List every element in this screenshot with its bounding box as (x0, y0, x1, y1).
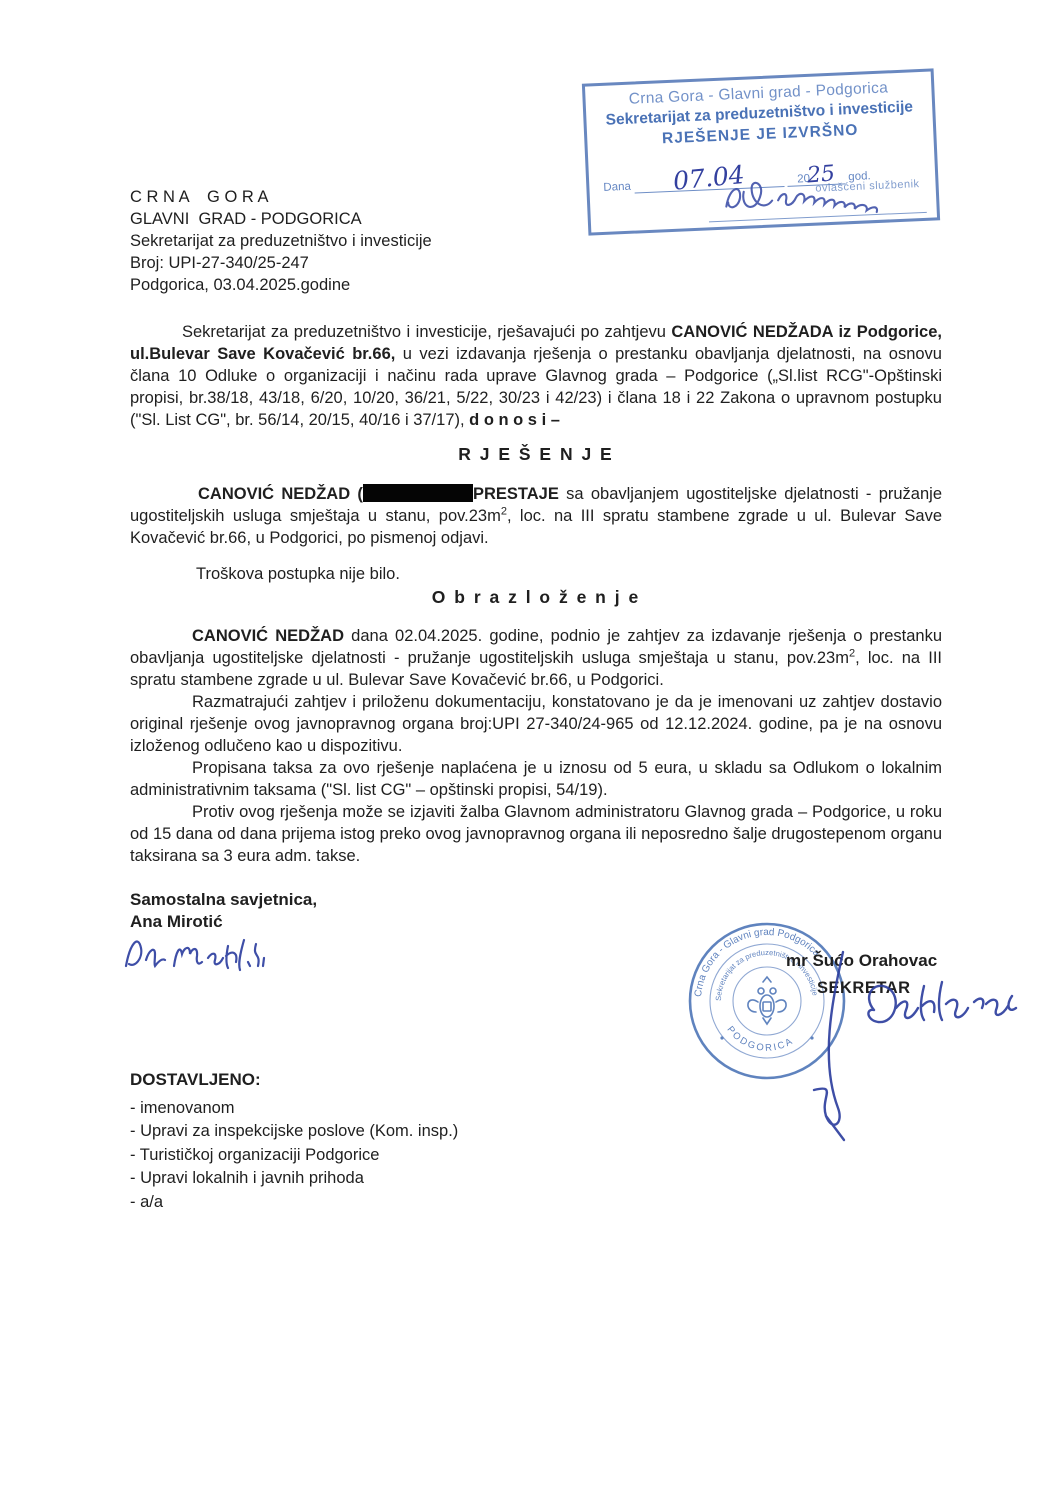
dispositive-name-bold: CANOVIĆ NEDŽAD ( (198, 485, 363, 503)
reasoning-name-bold: CANOVIĆ NEDŽAD (192, 627, 344, 645)
letterhead-city: GLAVNI GRAD - PODGORICA (130, 208, 432, 230)
redaction-box (363, 484, 473, 502)
advisor-role: Samostalna savjetnica, (130, 889, 317, 911)
distribution-item: - Upravi lokalnih i javnih prihoda (130, 1167, 458, 1191)
advisor-handwritten-signature (122, 924, 297, 979)
distribution-title: DOSTAVLJENO: (130, 1068, 458, 1092)
decision-heading: R J E Š E N J E (130, 444, 942, 465)
dispositive-paragraph: CANOVIĆ NEDŽAD (PRESTAJE sa obavljanjem … (130, 483, 942, 549)
intro-paragraph: Sekretarijat za preduzetništvo i investi… (130, 321, 942, 431)
reasoning-heading: O b r a z l o ž e n j e (130, 587, 942, 608)
intro-section: Sekretarijat za preduzetništvo i investi… (130, 321, 942, 431)
letterhead-place-date: Podgorica, 03.04.2025.godine (130, 274, 432, 296)
distribution-item: - a/a (130, 1191, 458, 1215)
letterhead-country: C R N A G O R A (130, 186, 432, 208)
letterhead-case-number: Broj: UPI-27-340/25-247 (130, 252, 432, 274)
intro-text-1: Sekretarijat za preduzetništvo i investi… (182, 323, 671, 341)
reasoning-paragraph-4: Protiv ovog rješenja može se izjaviti ža… (130, 801, 942, 867)
stamp-date-label: Dana (603, 181, 631, 194)
letterhead-department: Sekretarijat za preduzetništvo i investi… (130, 230, 432, 252)
reasoning-paragraph-1: CANOVIĆ NEDŽAD dana 02.04.2025. godine, … (130, 625, 942, 691)
costs-line: Troškova postupka nije bilo. (196, 565, 400, 584)
seal-separator-dot-left (720, 1036, 723, 1039)
reasoning-section: CANOVIĆ NEDŽAD dana 02.04.2025. godine, … (130, 625, 942, 867)
reasoning-paragraph-2: Razmatrajući zahtjev i priloženu dokumen… (130, 691, 942, 757)
execution-stamp: Crna Gora - Glavni grad - Podgorica Sekr… (582, 68, 940, 235)
intro-donosi-bold: d o n o s i – (469, 411, 560, 429)
reasoning-paragraph-3: Propisana taksa za ovo rješenje naplaćen… (130, 757, 942, 801)
letterhead: C R N A G O R A GLAVNI GRAD - PODGORICA … (130, 186, 432, 296)
distribution-item: - imenovanom (130, 1097, 458, 1121)
distribution-section: DOSTAVLJENO: - imenovanom - Upravi za in… (130, 1068, 458, 1214)
distribution-item: - Turističkoj organizaciji Podgorice (130, 1144, 458, 1168)
distribution-item: - Upravi za inspekcijske poslove (Kom. i… (130, 1120, 458, 1144)
dispositive-prestaje-bold: PRESTAJE (473, 485, 559, 503)
secretary-handwritten-signature (788, 944, 1018, 1144)
seal-coat-of-arms (748, 977, 786, 1024)
seal-bottom-text: PODGORICA (724, 1024, 795, 1054)
document-page: Crna Gora - Glavni grad - Podgorica Sekr… (0, 0, 1058, 1497)
dispositive-section: CANOVIĆ NEDŽAD (PRESTAJE sa obavljanjem … (130, 483, 942, 549)
